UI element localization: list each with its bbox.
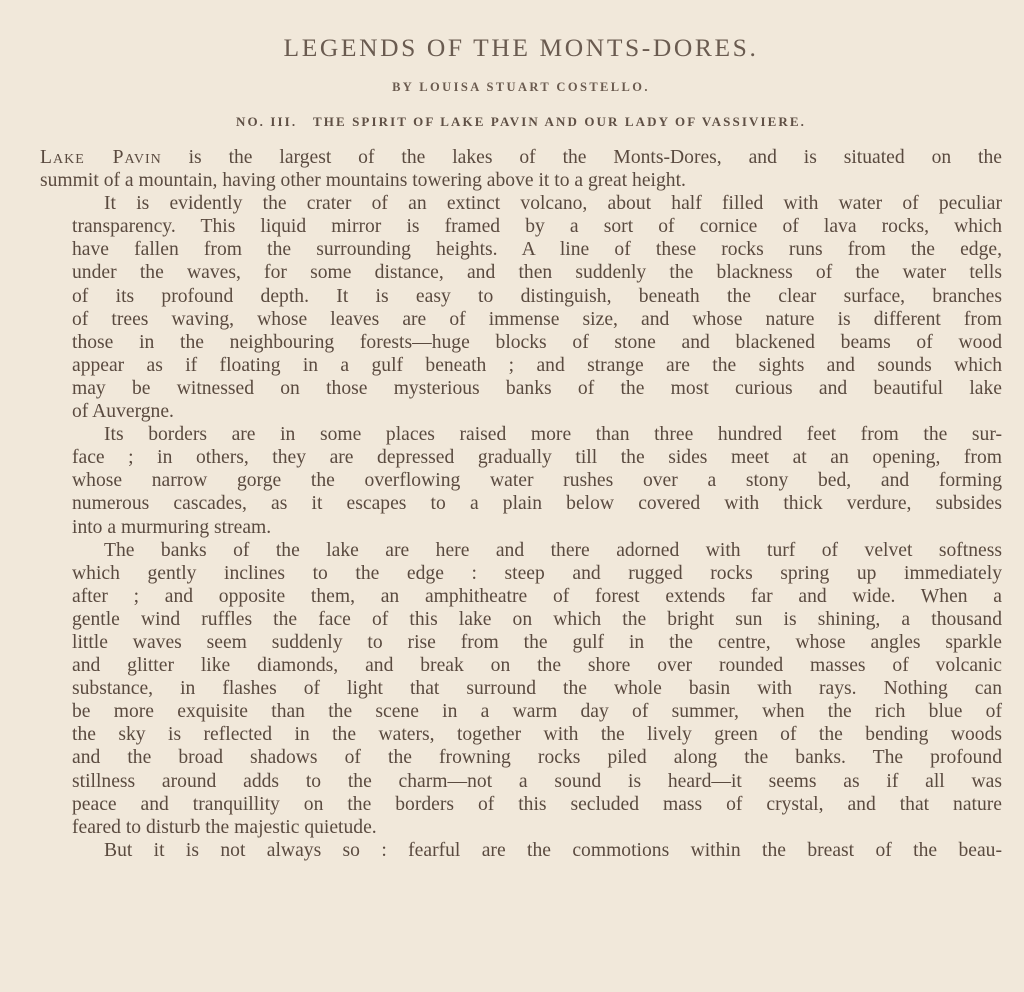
text-line: have fallen from the surrounding heights…: [40, 238, 1002, 261]
text-line: But it is not always so : fearful are th…: [40, 839, 1002, 862]
text-line: It is evidently the crater of an extinct…: [40, 192, 1002, 215]
article-title: LEGENDS OF THE MONTS-DORES.: [40, 28, 1002, 68]
paragraph: Its borders are in some places raised mo…: [40, 423, 1002, 538]
text-line: after ; and opposite them, an amphitheat…: [40, 585, 1002, 608]
text-line: Its borders are in some places raised mo…: [40, 423, 1002, 446]
text-line: substance, in flashes of light that surr…: [40, 677, 1002, 700]
text-line: appear as if floating in a gulf beneath …: [40, 354, 1002, 377]
text-line: gentle wind ruffles the face of this lak…: [40, 608, 1002, 631]
text-line: whose narrow gorge the overflowing water…: [40, 469, 1002, 492]
text-line: stillness around adds to the charm—not a…: [40, 770, 1002, 793]
text-line: face ; in others, they are depressed gra…: [40, 446, 1002, 469]
text-line: be more exquisite than the scene in a wa…: [40, 700, 1002, 723]
text-line: under the waves, for some distance, and …: [40, 261, 1002, 284]
text-line: little waves seem suddenly to rise from …: [40, 631, 1002, 654]
text-line: those in the neighbouring forests—huge b…: [40, 331, 1002, 354]
text-line: feared to disturb the majestic quietude.: [40, 816, 1002, 839]
text-line: and the broad shadows of the frowning ro…: [40, 746, 1002, 769]
text-line: may be witnessed on those mysterious ban…: [40, 377, 1002, 400]
text-line: the sky is reflected in the waters, toge…: [40, 723, 1002, 746]
text-line: of trees waving, whose leaves are of imm…: [40, 308, 1002, 331]
text-line: The banks of the lake are here and there…: [40, 539, 1002, 562]
author-byline: BY LOUISA STUART COSTELLO.: [40, 72, 1002, 102]
chapter-subtitle: NO. III. THE SPIRIT OF LAKE PAVIN AND OU…: [40, 108, 1002, 136]
paragraph: But it is not always so : fearful are th…: [40, 839, 1002, 862]
opening-smallcaps: Lake Pavin: [40, 147, 162, 168]
article-body: Lake Pavin is the largest of the lakes o…: [40, 146, 1002, 862]
paragraph: The banks of the lake are here and there…: [40, 539, 1002, 839]
text-line: peace and tranquillity on the borders of…: [40, 793, 1002, 816]
text-line: into a murmuring stream.: [40, 516, 1002, 539]
paragraph: It is evidently the crater of an extinct…: [40, 192, 1002, 423]
text-line: of its profound depth. It is easy to dis…: [40, 285, 1002, 308]
document-page: LEGENDS OF THE MONTS-DORES. BY LOUISA ST…: [0, 0, 1024, 992]
text-line: transparency. This liquid mirror is fram…: [40, 215, 1002, 238]
text-line: and glitter like diamonds, and break on …: [40, 654, 1002, 677]
text-line: which gently inclines to the edge : stee…: [40, 562, 1002, 585]
text-line: Lake Pavin is the largest of the lakes o…: [40, 146, 1002, 169]
paragraph: Lake Pavin is the largest of the lakes o…: [40, 146, 1002, 192]
text-line: summit of a mountain, having other mount…: [40, 169, 1002, 192]
text-line: of Auvergne.: [40, 400, 1002, 423]
text-line: numerous cascades, as it escapes to a pl…: [40, 492, 1002, 515]
